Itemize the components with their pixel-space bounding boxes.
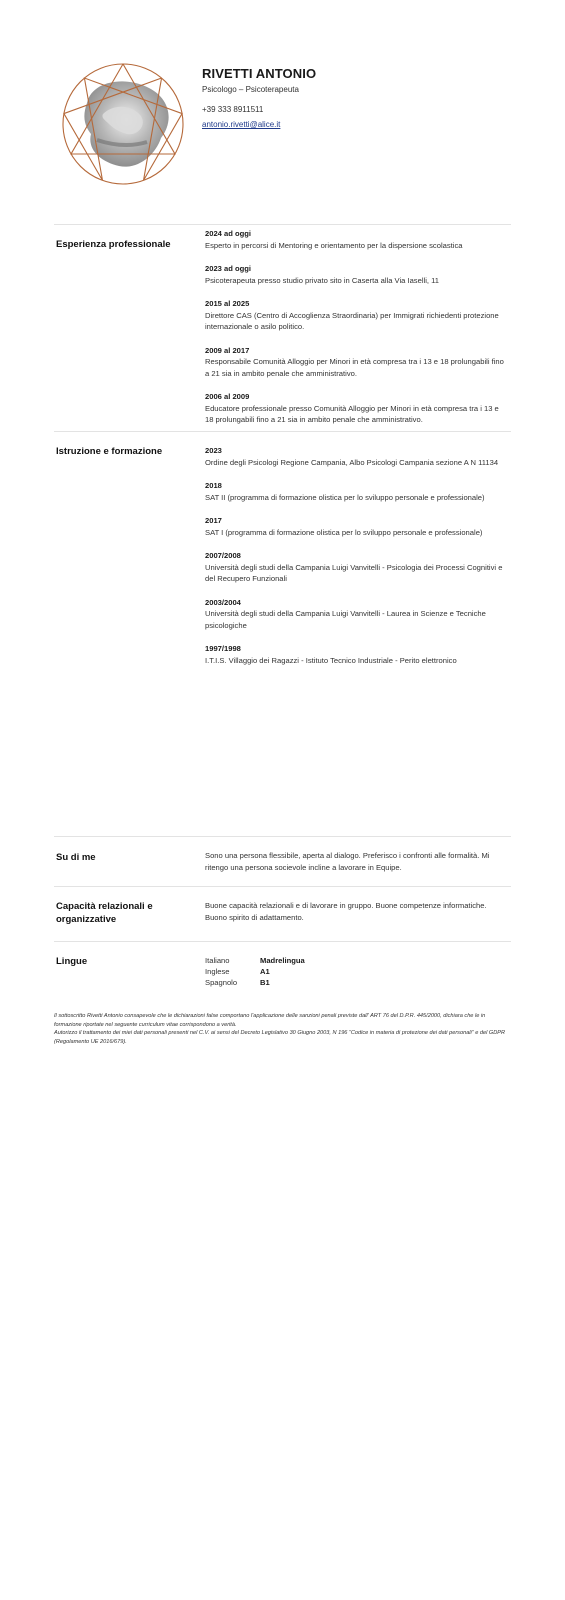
experience-entry: 2015 al 2025Direttore CAS (Centro di Acc… bbox=[205, 298, 505, 333]
entry-description: Responsabile Comunità Alloggio per Minor… bbox=[205, 356, 505, 379]
phone-number: +39 333 8911511 bbox=[202, 105, 316, 114]
language-name: Inglese bbox=[205, 966, 260, 977]
languages-list: ItalianoMadrelinguaIngleseA1SpagnoloB1 bbox=[205, 955, 505, 988]
entry-description: SAT II (programma di formazione olistica… bbox=[205, 492, 505, 504]
experience-entry: 2006 al 2009Educatore professionale pres… bbox=[205, 391, 505, 426]
skills-text: Buone capacità relazionali e di lavorare… bbox=[205, 900, 490, 923]
entry-description: Educatore professionale presso Comunità … bbox=[205, 403, 505, 426]
about-text: Sono una persona flessibile, aperta al d… bbox=[205, 850, 490, 873]
education-entry: 2017SAT I (programma di formazione olist… bbox=[205, 515, 505, 538]
entry-period: 2006 al 2009 bbox=[205, 391, 505, 403]
education-entry: 2023Ordine degli Psicologi Regione Campa… bbox=[205, 445, 505, 468]
section-title-languages: Lingue bbox=[56, 955, 87, 968]
entry-period: 2024 ad oggi bbox=[205, 228, 505, 240]
entry-description: SAT I (programma di formazione olistica … bbox=[205, 527, 505, 539]
person-role: Psicologo – Psicoterapeuta bbox=[202, 85, 316, 94]
experience-entry: 2009 al 2017Responsabile Comunità Allogg… bbox=[205, 345, 505, 380]
declaration-text: Il sottoscritto Rivetti Antonio consapev… bbox=[54, 1012, 512, 1029]
experience-entry: 2024 ad oggiEsperto in percorsi di Mento… bbox=[205, 228, 505, 251]
language-row: IngleseA1 bbox=[205, 966, 505, 977]
entry-description: Esperto in percorsi di Mentoring e orien… bbox=[205, 240, 505, 252]
entry-period: 2003/2004 bbox=[205, 597, 505, 609]
entry-period: 2007/2008 bbox=[205, 550, 505, 562]
entry-period: 1997/1998 bbox=[205, 643, 505, 655]
education-entry: 1997/1998I.T.I.S. Villaggio dei Ragazzi … bbox=[205, 643, 505, 666]
language-row: SpagnoloB1 bbox=[205, 977, 505, 988]
section-divider bbox=[54, 224, 511, 225]
entry-period: 2018 bbox=[205, 480, 505, 492]
legal-footer: Il sottoscritto Rivetti Antonio consapev… bbox=[54, 1012, 512, 1046]
section-divider bbox=[54, 431, 511, 432]
experience-list: 2024 ad oggiEsperto in percorsi di Mento… bbox=[205, 228, 505, 438]
privacy-consent-text: Autorizzo il trattamento dei miei dati p… bbox=[54, 1029, 512, 1046]
entry-description: I.T.I.S. Villaggio dei Ragazzi - Istitut… bbox=[205, 655, 505, 667]
section-divider bbox=[54, 836, 511, 837]
entry-period: 2023 bbox=[205, 445, 505, 457]
enneagram-logo-icon bbox=[57, 58, 189, 190]
section-title-education: Istruzione e formazione bbox=[56, 445, 162, 458]
email-link[interactable]: antonio.rivetti@alice.it bbox=[202, 120, 280, 129]
section-divider bbox=[54, 886, 511, 887]
language-level: A1 bbox=[260, 966, 270, 977]
entry-period: 2009 al 2017 bbox=[205, 345, 505, 357]
language-level: B1 bbox=[260, 977, 270, 988]
section-title-skills: Capacità relazionali e organizzative bbox=[56, 900, 186, 926]
section-divider bbox=[54, 941, 511, 942]
language-name: Spagnolo bbox=[205, 977, 260, 988]
language-level: Madrelingua bbox=[260, 955, 305, 966]
person-name: RIVETTI ANTONIO bbox=[202, 66, 316, 81]
cv-header: RIVETTI ANTONIO Psicologo – Psicoterapeu… bbox=[202, 66, 316, 132]
entry-description: Direttore CAS (Centro di Accoglienza Str… bbox=[205, 310, 505, 333]
language-name: Italiano bbox=[205, 955, 260, 966]
education-entry: 2007/2008Università degli studi della Ca… bbox=[205, 550, 505, 585]
education-entry: 2018SAT II (programma di formazione olis… bbox=[205, 480, 505, 503]
section-title-experience: Esperienza professionale bbox=[56, 238, 171, 251]
education-entry: 2003/2004Università degli studi della Ca… bbox=[205, 597, 505, 632]
experience-entry: 2023 ad oggiPsicoterapeuta presso studio… bbox=[205, 263, 505, 286]
education-list: 2023Ordine degli Psicologi Regione Campa… bbox=[205, 445, 505, 678]
section-title-about: Su di me bbox=[56, 851, 96, 864]
entry-description: Ordine degli Psicologi Regione Campania,… bbox=[205, 457, 505, 469]
entry-period: 2023 ad oggi bbox=[205, 263, 505, 275]
cv-page: RIVETTI ANTONIO Psicologo – Psicoterapeu… bbox=[0, 0, 565, 1600]
entry-description: Università degli studi della Campania Lu… bbox=[205, 608, 505, 631]
entry-period: 2015 al 2025 bbox=[205, 298, 505, 310]
entry-period: 2017 bbox=[205, 515, 505, 527]
entry-description: Psicoterapeuta presso studio privato sit… bbox=[205, 275, 505, 287]
entry-description: Università degli studi della Campania Lu… bbox=[205, 562, 505, 585]
language-row: ItalianoMadrelingua bbox=[205, 955, 505, 966]
